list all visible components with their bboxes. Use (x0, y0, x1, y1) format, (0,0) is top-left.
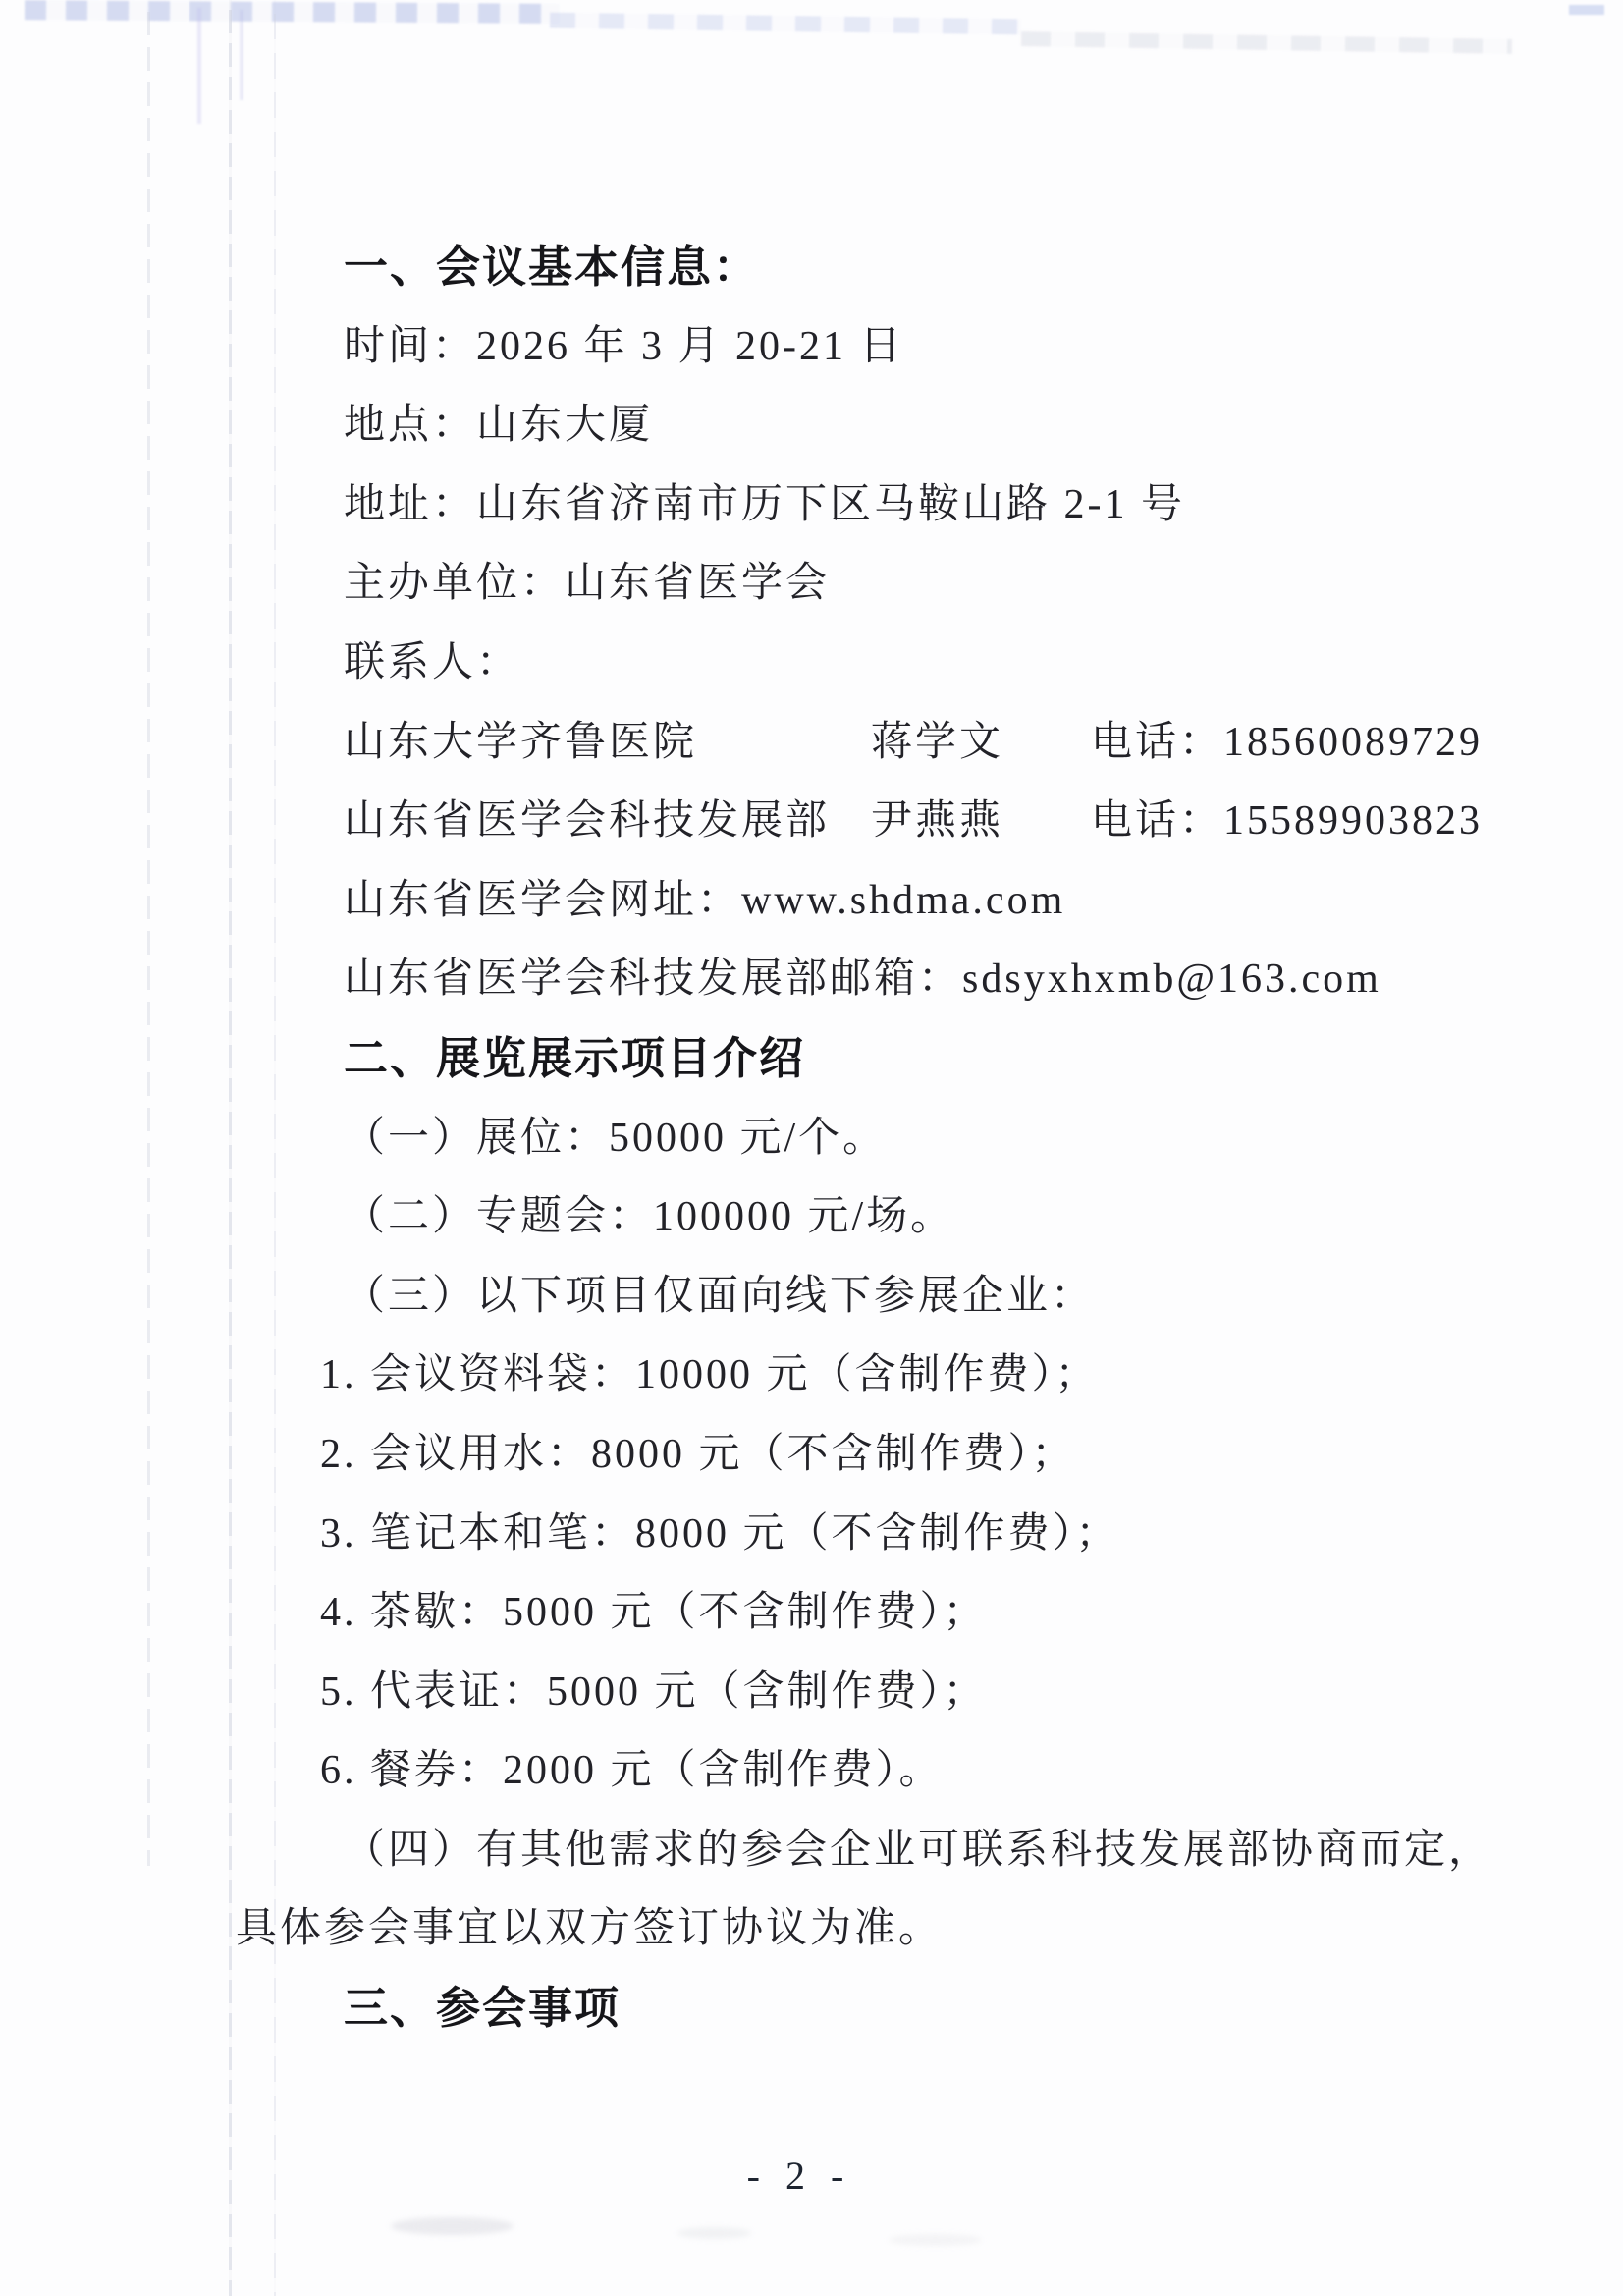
line-contacts-label: 联系人： (236, 624, 1502, 703)
item-other-needs-line1: （四）有其他需求的参会企业可联系科技发展部协商而定， (236, 1811, 1502, 1890)
contact-1-org: 山东大学齐鲁医院 (236, 703, 697, 783)
line-email: 山东省医学会科技发展部邮箱：sdsyxhxmb@163.com (236, 940, 1502, 1019)
contact-1-phone: 电话：18560089729 (1091, 703, 1483, 783)
contact-row-1: 山东大学齐鲁医院 蒋学文 电话：18560089729 (236, 703, 1502, 783)
scan-smudge-bottom-2 (677, 2227, 751, 2239)
contact-1-name: 蒋学文 (871, 703, 1003, 783)
line-website: 山东省医学会网址：www.shdma.com (236, 861, 1502, 941)
item-notebook-pen: 3. 笔记本和笔：8000 元（不含制作费）； (236, 1495, 1502, 1574)
line-time: 时间：2026 年 3 月 20-21 日 (236, 307, 1502, 387)
contact-2-phone: 电话：15589903823 (1091, 782, 1483, 861)
scan-noise-top-right (1021, 31, 1512, 54)
scan-smudge-bottom-1 (391, 2217, 514, 2235)
item-booth: （一）展位：50000 元/个。 (236, 1099, 1502, 1178)
line-address: 地址：山东省济南市历下区马鞍山路 2-1 号 (236, 465, 1502, 545)
contact-2-org: 山东省医学会科技发展部 (236, 782, 830, 861)
item-material-bag: 1. 会议资料袋：10000 元（含制作费）； (236, 1336, 1502, 1415)
document-body: 一、会议基本信息： 时间：2026 年 3 月 20-21 日 地点：山东大厦 … (236, 228, 1502, 2049)
section1-heading: 一、会议基本信息： (236, 228, 1502, 307)
scan-noise-top-left (25, 0, 560, 24)
item-offline-note: （三）以下项目仅面向线下参展企业： (236, 1257, 1502, 1337)
section3-heading: 三、参会事项 (236, 1969, 1502, 2049)
scan-noise-top-middle (550, 13, 1021, 35)
item-tea-break: 4. 茶歇：5000 元（不含制作费）； (236, 1573, 1502, 1653)
line-organizer: 主办单位：山东省医学会 (236, 544, 1502, 624)
scan-vertical-line-2 (229, 0, 232, 2296)
scan-smudge-bottom-3 (889, 2234, 982, 2246)
item-seminar: （二）专题会：100000 元/场。 (236, 1177, 1502, 1257)
item-other-needs-line2: 具体参会事宜以双方签订协议为准。 (236, 1889, 1502, 1969)
scan-noise-corner (1569, 5, 1604, 15)
item-meal-ticket: 6. 餐券：2000 元（含制作费）。 (236, 1731, 1502, 1811)
line-venue: 地点：山东大厦 (236, 386, 1502, 465)
scan-noise-streak-1 (197, 8, 201, 124)
contact-2-name: 尹燕燕 (871, 782, 1003, 861)
item-badge: 5. 代表证：5000 元（含制作费）； (236, 1653, 1502, 1732)
page-number: - 2 - (0, 2153, 1598, 2199)
contact-row-2: 山东省医学会科技发展部 尹燕燕 电话：15589903823 (236, 782, 1502, 861)
scan-vertical-line-1 (147, 0, 150, 1866)
scan-noise-streak-2 (240, 10, 243, 100)
item-water: 2. 会议用水：8000 元（不含制作费）； (236, 1415, 1502, 1495)
section2-heading: 二、展览展示项目介绍 (236, 1019, 1502, 1099)
scanned-document-page: { "colors": { "ink": "#222228", "heading… (0, 0, 1623, 2296)
